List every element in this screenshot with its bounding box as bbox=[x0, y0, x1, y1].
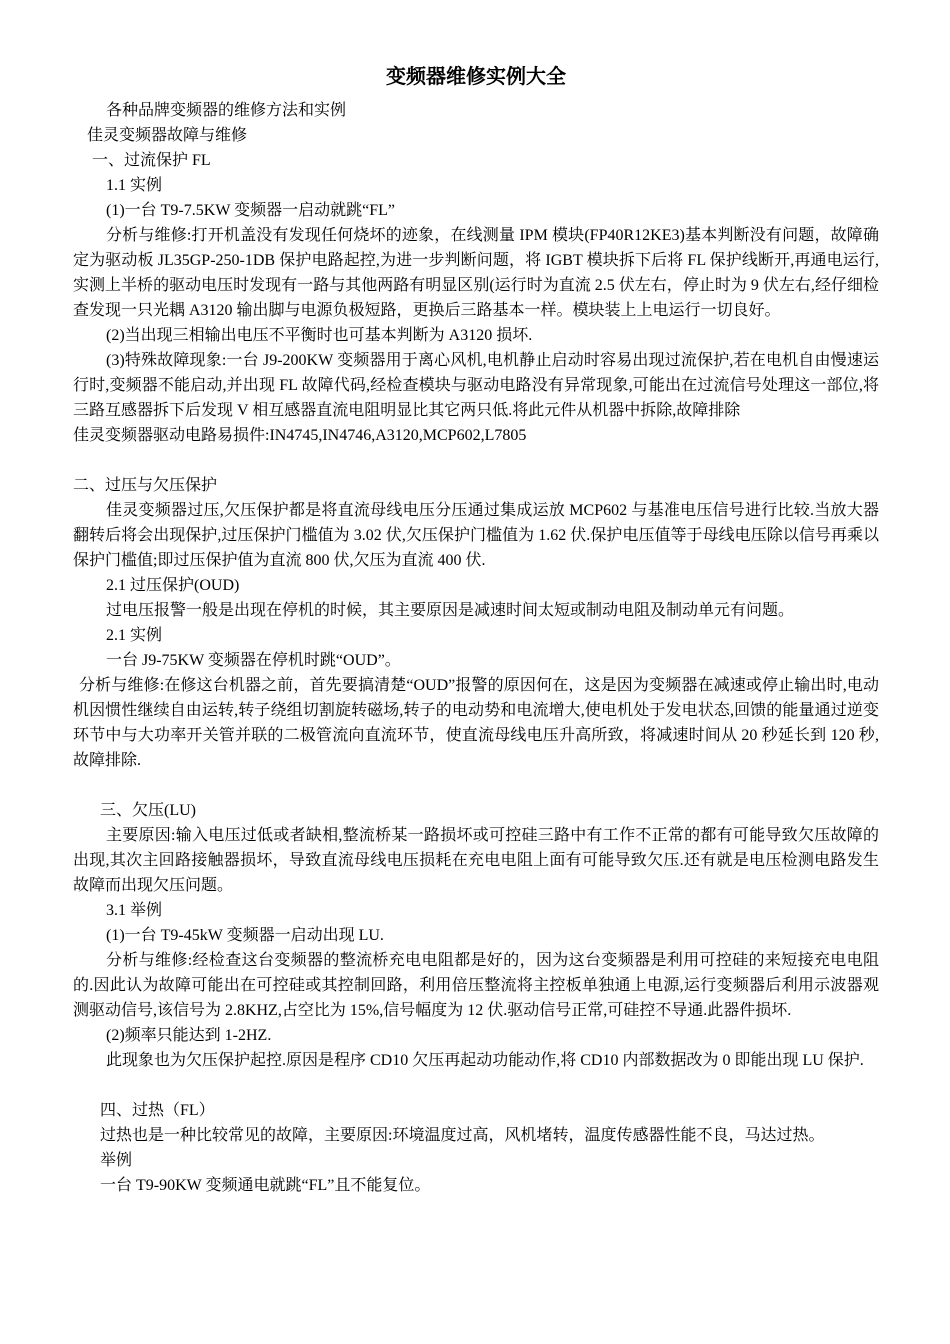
example-1-1-heading: 1.1 实例 bbox=[73, 173, 879, 198]
section-3-heading: 三、欠压(LU) bbox=[73, 798, 879, 823]
brand-heading: 佳灵变频器故障与维修 bbox=[73, 123, 879, 148]
section-1-heading: 一、过流保护 FL bbox=[73, 148, 879, 173]
example-4-heading: 举例 bbox=[73, 1148, 879, 1173]
document-page: 变频器维修实例大全 各种品牌变频器的维修方法和实例 佳灵变频器故障与维修 一、过… bbox=[0, 0, 950, 1344]
case-oud-line: 一台 J9-75KW 变频器在停机时跳“OUD”。 bbox=[73, 648, 879, 673]
case-lu-line: (1)一台 T9-45kW 变频器一启动出现 LU. bbox=[73, 923, 879, 948]
section-2-intro-paragraph: 佳灵变频器过压,欠压保护都是将直流母线电压分压通过集成运放 MCP602 与基准… bbox=[73, 498, 879, 573]
case-frequency-line: (2)频率只能达到 1-2HZ. bbox=[73, 1023, 879, 1048]
overheat-cause-line: 过热也是一种比较常见的故障，主要原因:环境温度过高，风机堵转，温度传感器性能不良… bbox=[73, 1123, 879, 1148]
analysis-paragraph-2: 分析与维修:在修这台机器之前，首先要搞清楚“OUD”报警的原因何在，这是因为变频… bbox=[73, 673, 879, 773]
case-3-paragraph: (3)特殊故障现象:一台 J9-200KW 变频器用于离心风机,电机静止启动时容… bbox=[73, 348, 879, 423]
cd10-paragraph: 此现象也为欠压保护起控.原因是程序 CD10 欠压再起动功能动作,将 CD10 … bbox=[73, 1048, 879, 1073]
section-4-heading: 四、过热（FL） bbox=[73, 1098, 879, 1123]
example-2-1-heading: 2.1 实例 bbox=[73, 623, 879, 648]
case-fl-line: 一台 T9-90KW 变频通电就跳“FL”且不能复位。 bbox=[73, 1173, 879, 1198]
vulnerable-parts-line: 佳灵变频器驱动电路易损件:IN4745,IN4746,A3120,MCP602,… bbox=[73, 423, 879, 448]
document-body: 变频器维修实例大全 各种品牌变频器的维修方法和实例 佳灵变频器故障与维修 一、过… bbox=[73, 0, 879, 1198]
example-3-1-heading: 3.1 举例 bbox=[73, 898, 879, 923]
document-title: 变频器维修实例大全 bbox=[73, 64, 879, 91]
overvoltage-cause-line: 过电压报警一般是出现在停机的时候，其主要原因是减速时间太短或制动电阻及制动单元有… bbox=[73, 598, 879, 623]
case-1-line: (1)一台 T9-7.5KW 变频器一启动就跳“FL” bbox=[73, 198, 879, 223]
case-2-line: (2)当出现三相输出电压不平衡时也可基本判断为 A3120 损坏. bbox=[73, 323, 879, 348]
analysis-paragraph-1: 分析与维修:打开机盖没有发现任何烧坏的迹象，在线测量 IPM 模块(FP40R1… bbox=[73, 223, 879, 323]
analysis-paragraph-3: 分析与维修:经检查这台变频器的整流桥充电电阻都是好的，因为这台变频器是利用可控硅… bbox=[73, 948, 879, 1023]
subtitle-line: 各种品牌变频器的维修方法和实例 bbox=[73, 98, 879, 123]
section-2-1-heading: 2.1 过压保护(OUD) bbox=[73, 573, 879, 598]
section-2-heading: 二、过压与欠压保护 bbox=[73, 473, 879, 498]
section-3-intro-paragraph: 主要原因:输入电压过低或者缺相,整流桥某一路损坏或可控硅三路中有工作不正常的都有… bbox=[73, 823, 879, 898]
